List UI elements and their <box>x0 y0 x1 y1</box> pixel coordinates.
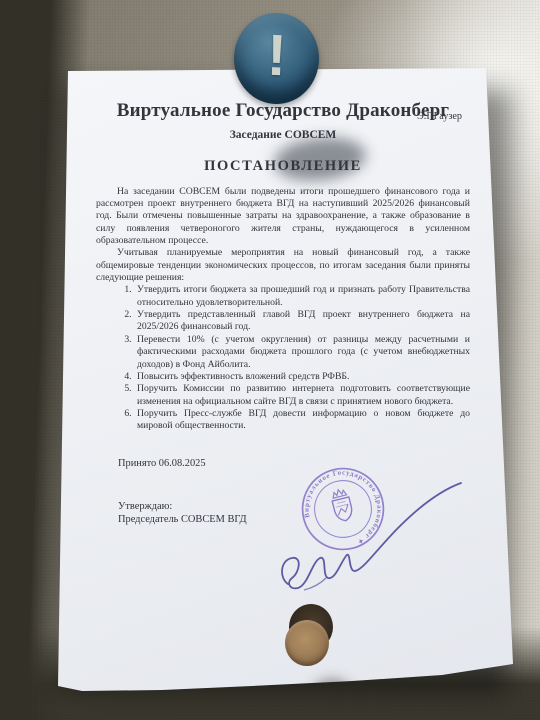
decision-item: Поручить Пресс-службе ВГД довести информ… <box>134 408 470 433</box>
exclamation-mark-icon: ! <box>266 22 288 90</box>
cork-round-magnet <box>285 604 333 666</box>
signer-name: Э.Г.Гаузер <box>417 111 462 123</box>
paragraph-considering: Учитывая планируемые мероприятия на новы… <box>96 247 470 284</box>
decision-item: Поручить Комиссии по развитию интернета … <box>134 383 470 408</box>
document-subtitle: Заседание СОВСЕМ <box>96 129 470 141</box>
signature <box>274 456 484 616</box>
decision-item: Утвердить представленный главой ВГД прое… <box>134 309 470 334</box>
document-body: На заседании СОВСЕМ были подведены итоги… <box>96 186 470 433</box>
approval-left: Утверждаю: Председатель СОВСЕМ ВГД <box>118 500 247 527</box>
document-heading: ПОСТАНОВЛЕНИЕ <box>96 160 470 172</box>
decision-item: Повысить эффективность вложений средств … <box>134 371 470 383</box>
decision-item: Утвердить итоги бюджета за прошедший год… <box>134 284 470 309</box>
blue-round-magnet: ! <box>234 13 319 104</box>
photo-of-document: Виртуальное Государство Драконберг Засед… <box>0 0 540 720</box>
approver-title: Председатель СОВСЕМ ВГД <box>118 513 247 527</box>
cork-magnet-face <box>285 620 329 666</box>
document-sheet: Виртуальное Государство Драконберг Засед… <box>52 68 514 694</box>
paragraph-intro: На заседании СОВСЕМ были подведены итоги… <box>96 186 470 248</box>
decision-item: Перевести 10% (с учетом округления) от р… <box>134 334 470 371</box>
decisions-list: Утвердить итоги бюджета за прошедший год… <box>96 284 470 432</box>
approval-label: Утверждаю: <box>118 500 247 514</box>
